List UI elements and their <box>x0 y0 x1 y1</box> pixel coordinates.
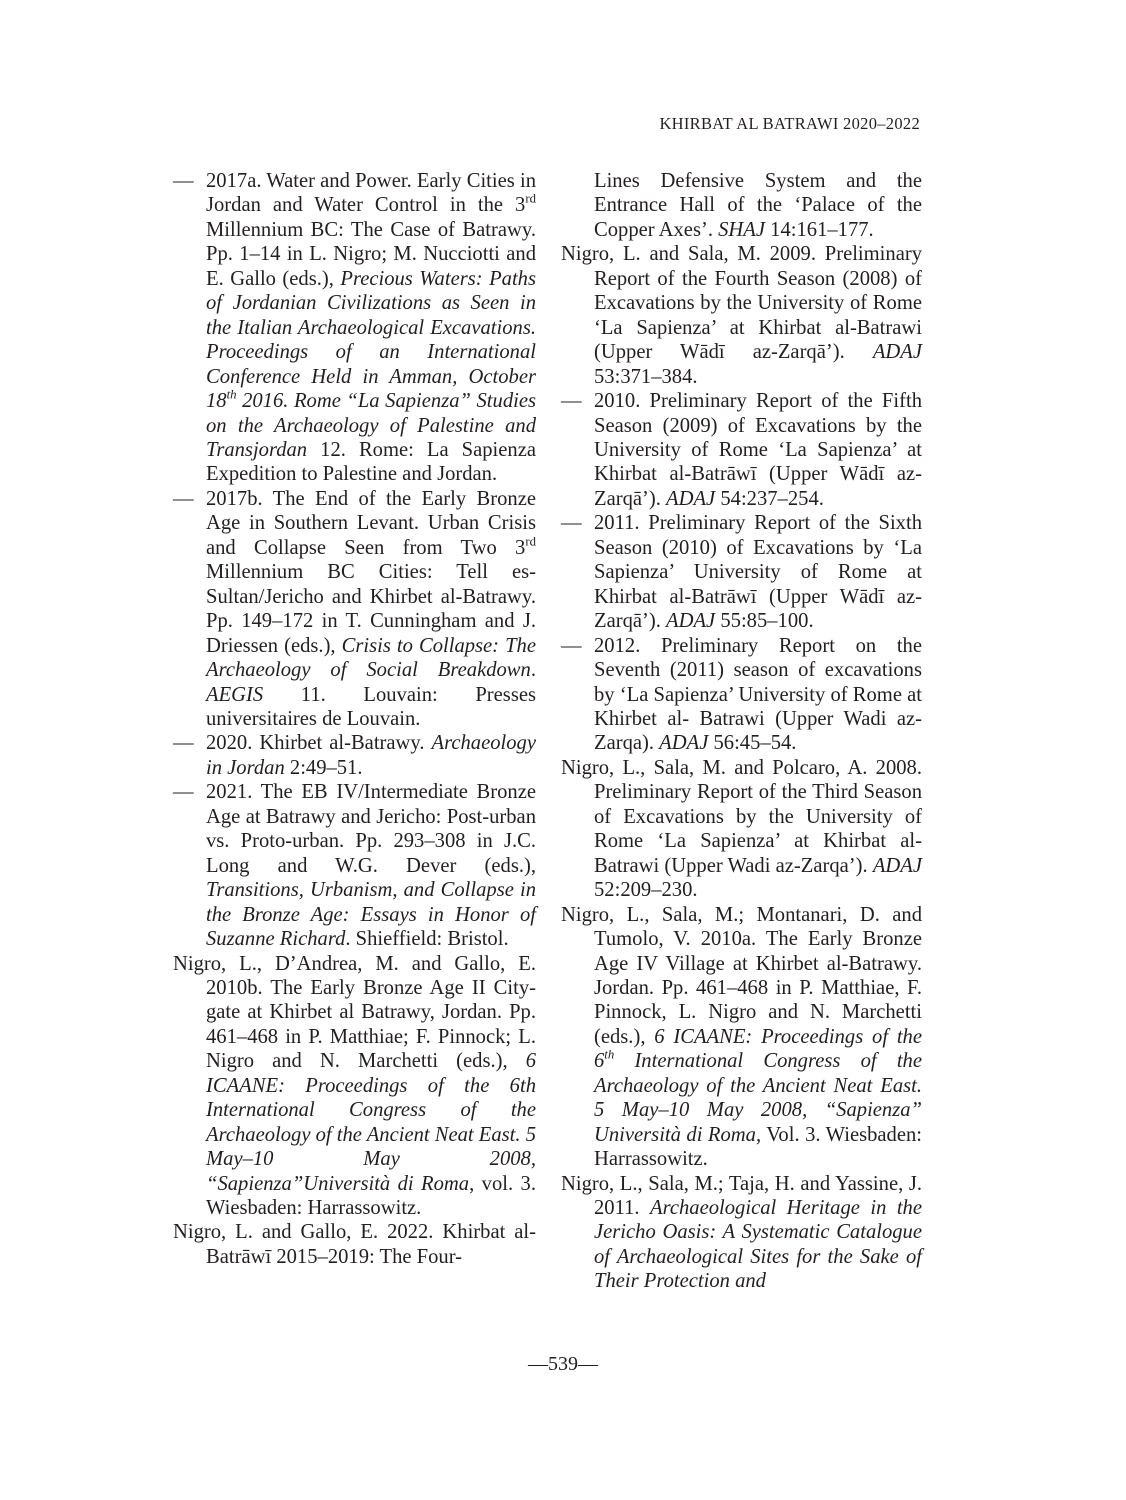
reference-text: . Shieffield: Bristol. <box>345 928 508 950</box>
reference-text: 2020. Khirbet al-Batrawy. <box>206 732 432 754</box>
ditto-dash: — <box>173 487 206 511</box>
reference-text: . <box>531 659 536 681</box>
ditto-dash: — <box>561 634 594 658</box>
reference-text: Nigro, L. and Gallo, E. 2022. Khirbat al… <box>173 1221 536 1267</box>
reference-entry: —2017b. The End of the Early Bronze Age … <box>173 487 536 732</box>
superscript: rd <box>525 192 536 206</box>
reference-entry: —2021. The EB IV/Intermediate Bronze Age… <box>173 780 536 951</box>
reference-text: 56:45–54. <box>708 732 796 754</box>
ditto-dash: — <box>561 389 594 413</box>
reference-text: 2017a. Water and Power. Early Cities in … <box>206 170 536 216</box>
reference-text: 53:371–384. <box>594 366 698 388</box>
reference-entry: —2020. Khirbet al-Batrawy. Archaeology i… <box>173 731 536 780</box>
reference-entry: —2017a. Water and Power. Early Cities in… <box>173 169 536 487</box>
italic-title: ADAJ <box>659 732 708 754</box>
italic-title: AEGIS <box>206 684 263 706</box>
reference-entry: Nigro, L. and Gallo, E. 2022. Khirbat al… <box>173 1220 536 1269</box>
superscript: rd <box>525 535 536 549</box>
reference-entry: —2010. Preliminary Report of the Fifth S… <box>561 389 922 511</box>
running-header: KHIRBAT AL BATRAWI 2020–2022 <box>659 114 920 134</box>
reference-text: 52:209–230. <box>594 879 698 901</box>
italic-title: ADAJ <box>666 610 715 632</box>
reference-entry: Nigro, L., Sala, M.; Taja, H. and Yassin… <box>561 1172 922 1294</box>
superscript: th <box>604 1048 614 1062</box>
reference-text: 2021. The EB IV/Intermediate Bronze Age … <box>206 781 536 876</box>
italic-title: SHAJ <box>718 219 765 241</box>
reference-text: 2017b. The End of the Early Bronze Age i… <box>206 488 536 559</box>
reference-column-left: —2017a. Water and Power. Early Cities in… <box>173 169 536 1269</box>
reference-entry: —2012. Preliminary Report on the Seventh… <box>561 634 922 756</box>
reference-text: 55:85–100. <box>715 610 813 632</box>
reference-entry: Nigro, L., D’Andrea, M. and Gallo, E. 20… <box>173 952 536 1221</box>
ditto-dash: — <box>173 780 206 804</box>
reference-entry: Lines Defensive System and the Entrance … <box>561 169 922 242</box>
reference-entry: Nigro, L. and Sala, M. 2009. Preliminary… <box>561 242 922 389</box>
page-number: —539— <box>0 1353 1126 1376</box>
ditto-dash: — <box>173 169 206 193</box>
ditto-dash: — <box>561 511 594 535</box>
reference-column-right: Lines Defensive System and the Entrance … <box>561 169 922 1294</box>
reference-text: 54:237–254. <box>715 488 824 510</box>
reference-entry: —2011. Preliminary Report of the Sixth S… <box>561 511 922 633</box>
reference-text: Nigro, L., Sala, M. and Polcaro, A. 2008… <box>561 757 922 877</box>
italic-title: ADAJ <box>873 855 922 877</box>
superscript: th <box>227 388 237 402</box>
ditto-dash: — <box>173 731 206 755</box>
italic-title: ADAJ <box>666 488 715 510</box>
reference-text: 14:161–177. <box>765 219 874 241</box>
italic-title: ADAJ <box>873 341 922 363</box>
reference-text: Nigro, L. and Sala, M. 2009. Preliminary… <box>561 243 922 363</box>
reference-entry: Nigro, L., Sala, M. and Polcaro, A. 2008… <box>561 756 922 903</box>
reference-text: 2:49–51. <box>285 757 363 779</box>
reference-text: Nigro, L., D’Andrea, M. and Gallo, E. 20… <box>173 953 536 1073</box>
reference-entry: Nigro, L., Sala, M.; Montanari, D. and T… <box>561 903 922 1172</box>
